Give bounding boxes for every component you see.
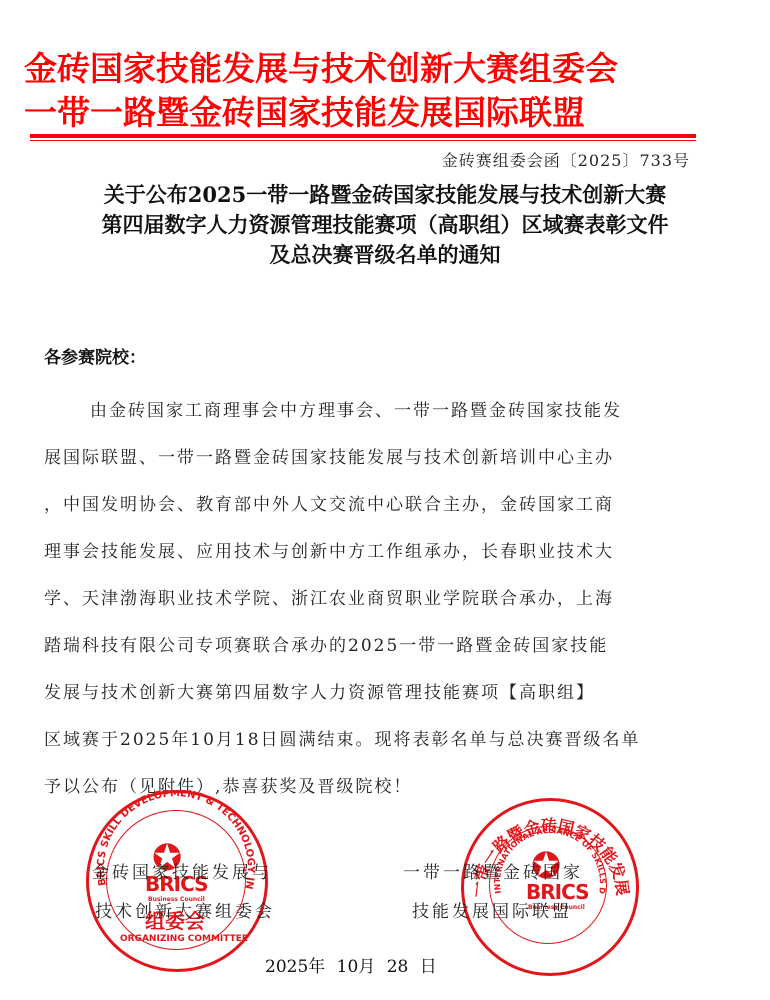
issuer-header-line-1: 金砖国家技能发展与技术创新大赛组委会 [24,49,694,89]
body-line: 展国际联盟、一带一路暨金砖国家技能发展与技术创新培训中心主办 [44,435,664,482]
right-signature-line-1: 一带一路暨金砖国家 [403,858,583,883]
body-line: 踏瑞科技有限公司专项赛联合承办的2025一带一路暨金砖国家技能 [44,623,664,670]
body-line: 发展与技术创新大赛第四届数字人力资源管理技能赛项【高职组】 [44,670,664,717]
issuer-header-line-2: 一带一路暨金砖国家技能发展国际联盟 [24,93,694,133]
body-line: ，中国发明协会、教育部中外人文交流中心联合主办，金砖国家工商 [44,482,664,529]
title-line: 第四届数字人力资源管理技能赛项（高职组）区域赛表彰文件 [0,210,770,240]
seal-bottom-en: ORGANIZING COMMITTEE [120,934,248,944]
body-line: 学、天津渤海职业技术学院、浙江农业商贸职业学院联合承办，上海 [44,576,664,623]
title-line: 关于公布2025一带一路暨金砖国家技能发展与技术创新大赛 [0,180,770,210]
body-line: 由金砖国家工商理事会中方理事会、一带一路暨金砖国家技能发 [44,388,664,435]
left-signature-line-1: 金砖国家技能发展与 [92,858,272,883]
header-divider-thick [30,134,696,138]
right-signature-line-2: 技能发展国际联盟 [412,897,572,922]
notice-body: 由金砖国家工商理事会中方理事会、一带一路暨金砖国家技能发 展国际联盟、一带一路暨… [44,388,664,811]
issue-date: 2025年 10月 28 日 [265,952,437,977]
body-line: 理事会技能发展、应用技术与创新中方工作组承办，长春职业技术大 [44,529,664,576]
document-number: 金砖赛组委会函〔2025〕733号 [442,148,690,171]
header-divider-thin [30,140,696,141]
body-line: 区域赛于2025年10月18日圆满结束。现将表彰名单与总决赛晋级名单 [44,717,664,764]
title-line: 及总决赛晋级名单的通知 [0,240,770,270]
notice-title: 关于公布2025一带一路暨金砖国家技能发展与技术创新大赛 第四届数字人力资源管理… [0,180,770,270]
salutation: 各参赛院校： [44,343,146,368]
left-signature-line-2: 技术创新大赛组委会 [95,897,275,922]
